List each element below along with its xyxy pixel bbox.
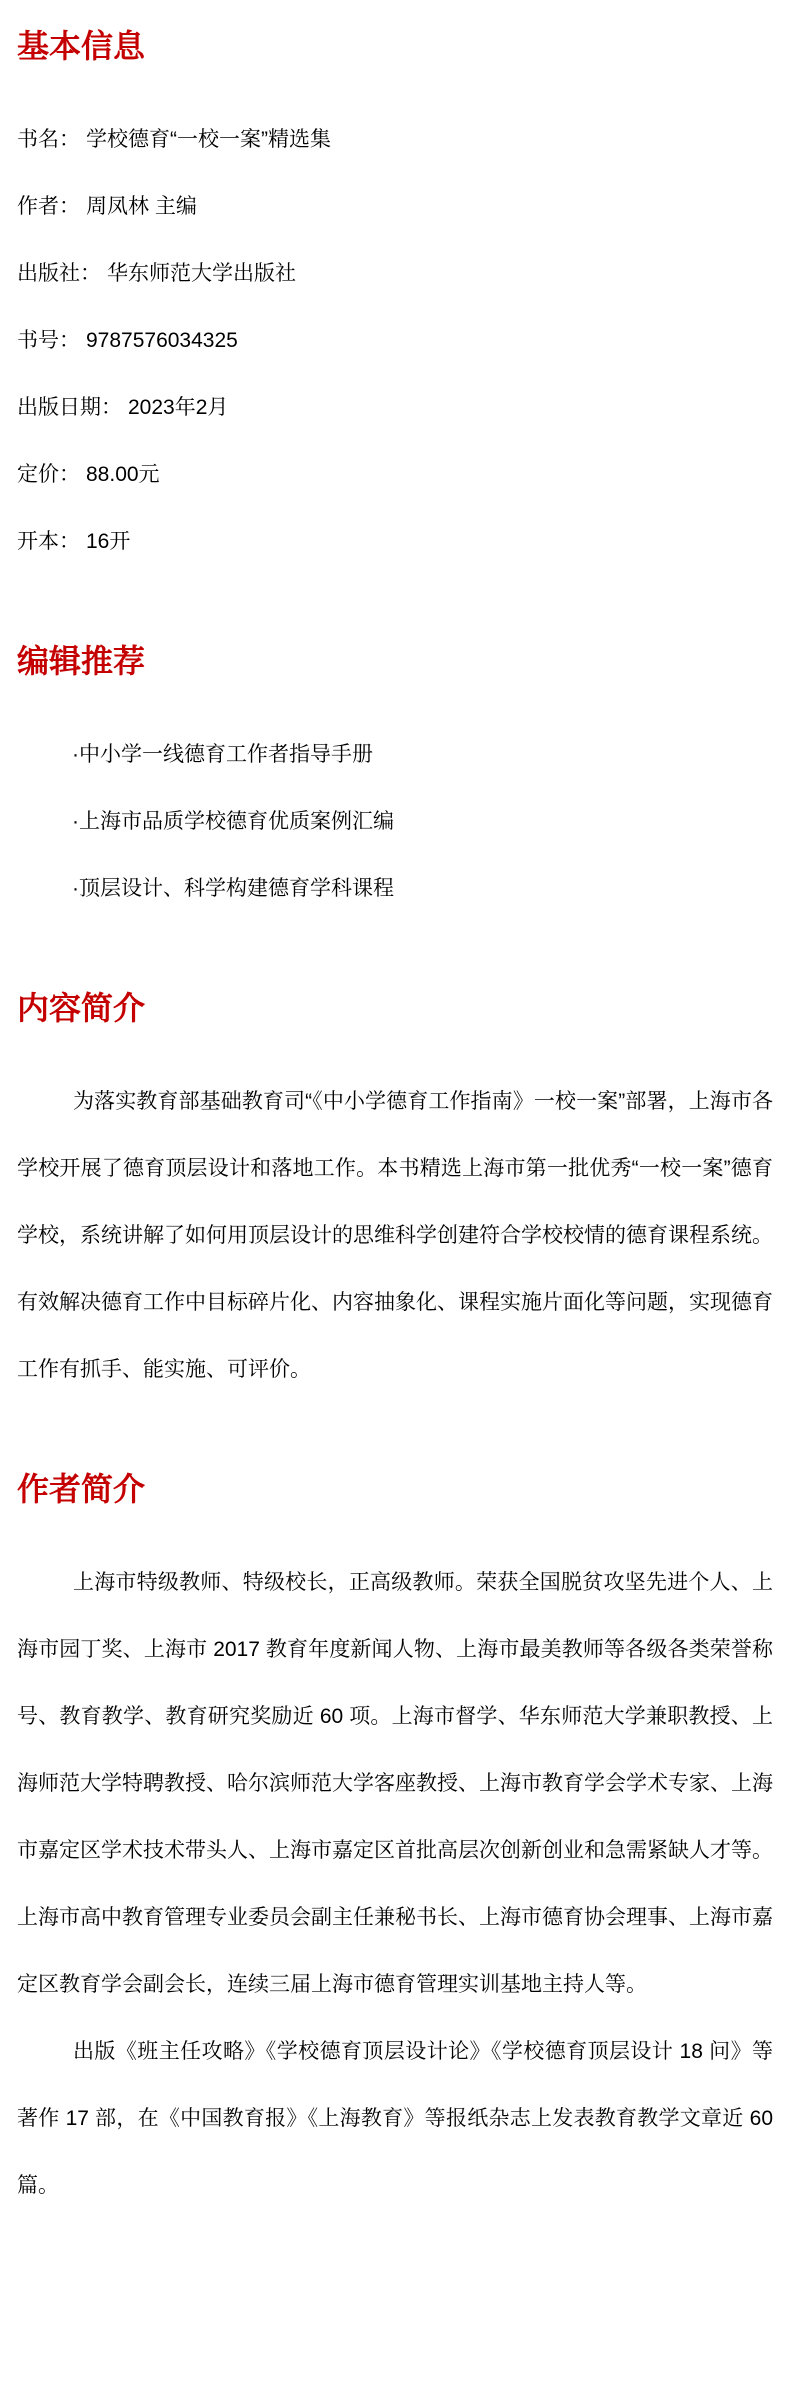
field-value-author: 周凤林 主编 — [86, 195, 197, 218]
section-heading-editor-recommendation: 编辑推荐 — [17, 641, 773, 681]
field-label-isbn: 书号： — [17, 329, 80, 352]
field-label-format: 开本： — [17, 530, 80, 553]
field-value-isbn: 9787576034325 — [86, 329, 238, 352]
section-heading-content-intro: 内容简介 — [17, 988, 773, 1028]
recommendation-bullet-1: ·中小学一线德育工作者指导手册 — [17, 721, 773, 788]
field-value-format: 16开 — [86, 530, 130, 553]
field-row-title: 书名：学校德育“一校一案”精选集 — [17, 106, 773, 173]
field-value-price: 88.00元 — [86, 463, 160, 486]
author-intro-paragraph-2: 出版《班主任攻略》《学校德育顶层设计论》《学校德育顶层设计 18 问》等著作 1… — [17, 2018, 773, 2219]
recommendation-bullet-2: ·上海市品质学校德育优质案例汇编 — [17, 788, 773, 855]
field-label-price: 定价： — [17, 463, 80, 486]
field-value-title: 学校德育“一校一案”精选集 — [86, 128, 331, 151]
field-label-pubdate: 出版日期： — [17, 396, 122, 419]
field-label-title: 书名： — [17, 128, 80, 151]
field-label-author: 作者： — [17, 195, 80, 218]
field-value-publisher: 华东师范大学出版社 — [107, 262, 296, 285]
field-label-publisher: 出版社： — [17, 262, 101, 285]
field-row-pubdate: 出版日期：2023年2月 — [17, 374, 773, 441]
field-row-author: 作者：周凤林 主编 — [17, 173, 773, 240]
field-row-isbn: 书号：9787576034325 — [17, 307, 773, 374]
field-row-publisher: 出版社：华东师范大学出版社 — [17, 240, 773, 307]
author-intro-paragraph-1: 上海市特级教师、特级校长，正高级教师。荣获全国脱贫攻坚先进个人、上海市园丁奖、上… — [17, 1549, 773, 2018]
book-detail-page: 基本信息 书名：学校德育“一校一案”精选集 作者：周凤林 主编 出版社：华东师范… — [0, 26, 790, 2255]
section-heading-basic-info: 基本信息 — [17, 26, 773, 66]
field-row-price: 定价：88.00元 — [17, 441, 773, 508]
field-value-pubdate: 2023年2月 — [128, 396, 228, 419]
content-intro-paragraph: 为落实教育部基础教育司“《中小学德育工作指南》一校一案”部署，上海市各学校开展了… — [17, 1068, 773, 1403]
section-heading-author-intro: 作者简介 — [17, 1469, 773, 1509]
recommendation-bullet-3: ·顶层设计、科学构建德育学科课程 — [17, 855, 773, 922]
field-row-format: 开本：16开 — [17, 508, 773, 575]
